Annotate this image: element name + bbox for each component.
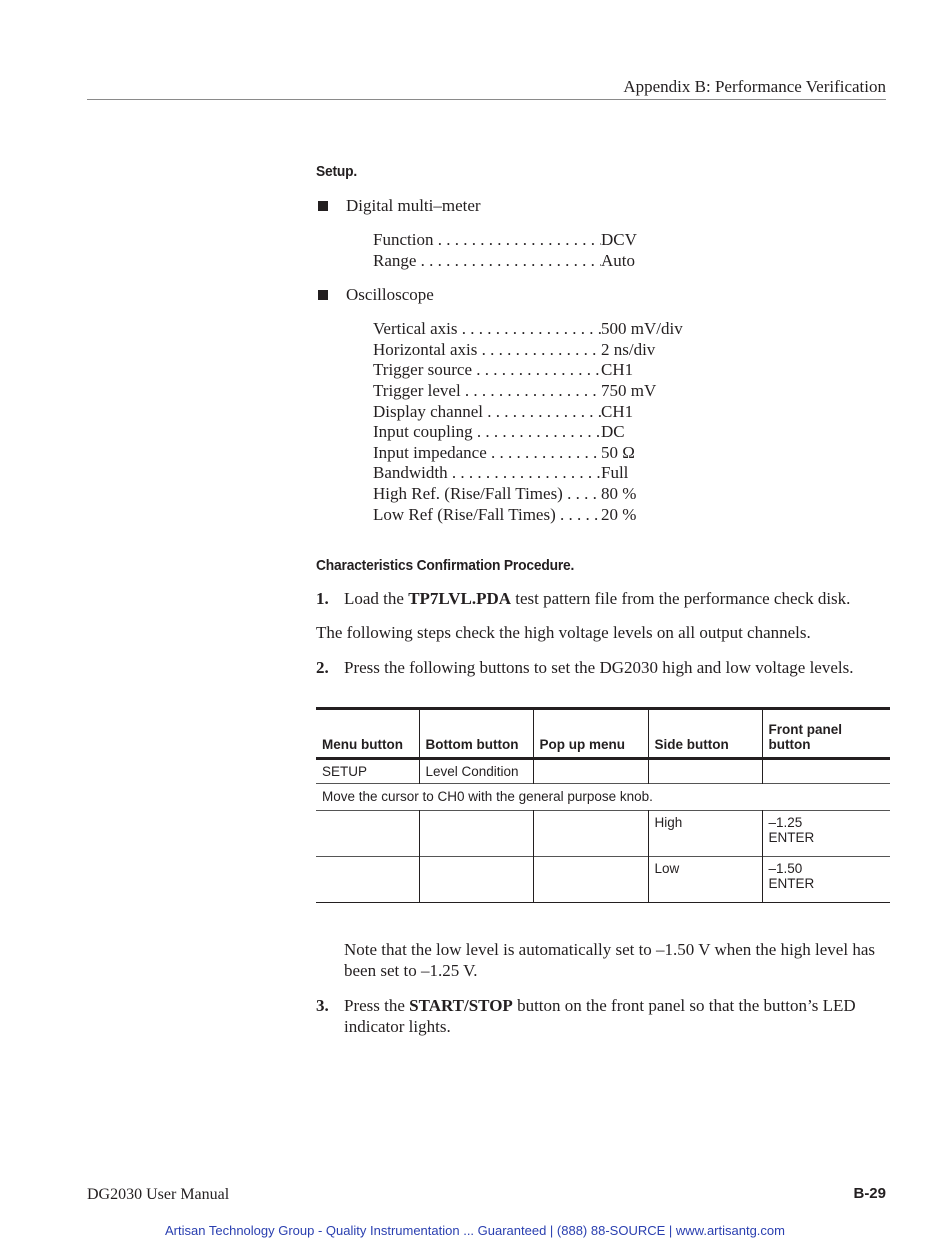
procedure-step-1: 1. Load the TP7LVL.PDA test pattern file… — [316, 588, 890, 609]
procedure-note: Note that the low level is automatically… — [344, 939, 890, 981]
column-header: Side button — [648, 709, 762, 759]
bullet-square-icon — [318, 201, 328, 211]
spec-row: Bandwidth . . . . . . . . . . . . . . . … — [373, 463, 890, 484]
header-rule — [87, 99, 886, 100]
table-header-row: Menu button Bottom button Pop up menu Si… — [316, 709, 890, 759]
procedure-step-2: 2. Press the following buttons to set th… — [316, 657, 890, 678]
table-cell: –1.50ENTER — [762, 857, 890, 903]
table-cell: SETUP — [316, 759, 419, 784]
page-content: Setup. Digital multi–meter Function . . … — [316, 163, 890, 1037]
spec-row: Horizontal axis . . . . . . . . . . . . … — [373, 340, 890, 361]
button-name: START/STOP — [409, 996, 513, 1015]
table-cell — [316, 857, 419, 903]
table-cell — [533, 759, 648, 784]
column-header: Front panel button — [762, 709, 890, 759]
table-note: Move the cursor to CH0 with the general … — [316, 784, 890, 811]
step-text: Press the following buttons to set the D… — [344, 657, 853, 678]
dmm-settings: Function . . . . . . . . . . . . . . . .… — [373, 230, 890, 271]
step-number: 1. — [316, 588, 344, 609]
step-number: 3. — [316, 995, 344, 1037]
table-cell — [533, 857, 648, 903]
step-text: Press the START/STOP button on the front… — [344, 995, 890, 1037]
procedure-step-3: 3. Press the START/STOP button on the fr… — [316, 995, 890, 1037]
spec-row: Trigger source . . . . . . . . . . . . .… — [373, 360, 890, 381]
table-cell: –1.25ENTER — [762, 811, 890, 857]
column-header: Bottom button — [419, 709, 533, 759]
spec-row: Range . . . . . . . . . . . . . . . . . … — [373, 251, 890, 272]
table-row: SETUP Level Condition — [316, 759, 890, 784]
footer-page-number: B-29 — [853, 1185, 886, 1202]
instrument-name: Oscilloscope — [346, 285, 434, 305]
bullet-square-icon — [318, 290, 328, 300]
procedure-intro: The following steps check the high volta… — [316, 623, 890, 643]
step-text: Load the TP7LVL.PDA test pattern file fr… — [344, 588, 850, 609]
table-cell: Low — [648, 857, 762, 903]
oscilloscope-settings: Vertical axis . . . . . . . . . . . . . … — [373, 319, 890, 525]
spec-row: Low Ref (Rise/Fall Times) . . . . . . . … — [373, 505, 890, 526]
setup-heading: Setup. — [316, 163, 844, 180]
table-cell — [648, 759, 762, 784]
spec-row: Trigger level . . . . . . . . . . . . . … — [373, 381, 890, 402]
footer-ad-link[interactable]: Artisan Technology Group - Quality Instr… — [0, 1223, 950, 1238]
spec-row: Vertical axis . . . . . . . . . . . . . … — [373, 319, 890, 340]
table-cell — [419, 811, 533, 857]
table-cell — [419, 857, 533, 903]
table-cell: Level Condition — [419, 759, 533, 784]
procedure-heading: Characteristics Confirmation Procedure. — [316, 557, 844, 574]
spec-row: Input coupling . . . . . . . . . . . . .… — [373, 422, 890, 443]
button-sequence-table: Menu button Bottom button Pop up menu Si… — [316, 707, 890, 903]
table-row: Low –1.50ENTER — [316, 857, 890, 903]
spec-row: Input impedance . . . . . . . . . . . . … — [373, 443, 890, 464]
running-header-title: Appendix B: Performance Verification — [623, 77, 886, 97]
column-header: Pop up menu — [533, 709, 648, 759]
instrument-name: Digital multi–meter — [346, 196, 481, 216]
step-number: 2. — [316, 657, 344, 678]
table-cell: High — [648, 811, 762, 857]
footer-manual-name: DG2030 User Manual — [87, 1186, 229, 1204]
table-cell — [762, 759, 890, 784]
column-header: Menu button — [316, 709, 419, 759]
table-note-row: Move the cursor to CH0 with the general … — [316, 784, 890, 811]
table-row: High –1.25ENTER — [316, 811, 890, 857]
spec-row: High Ref. (Rise/Fall Times) . . . . . . … — [373, 484, 890, 505]
spec-row: Function . . . . . . . . . . . . . . . .… — [373, 230, 890, 251]
instrument-dmm: Digital multi–meter — [316, 196, 890, 216]
instrument-oscilloscope: Oscilloscope — [316, 285, 890, 305]
table-cell — [533, 811, 648, 857]
file-name: TP7LVL.PDA — [408, 589, 511, 608]
table-cell — [316, 811, 419, 857]
spec-row: Display channel . . . . . . . . . . . . … — [373, 402, 890, 423]
